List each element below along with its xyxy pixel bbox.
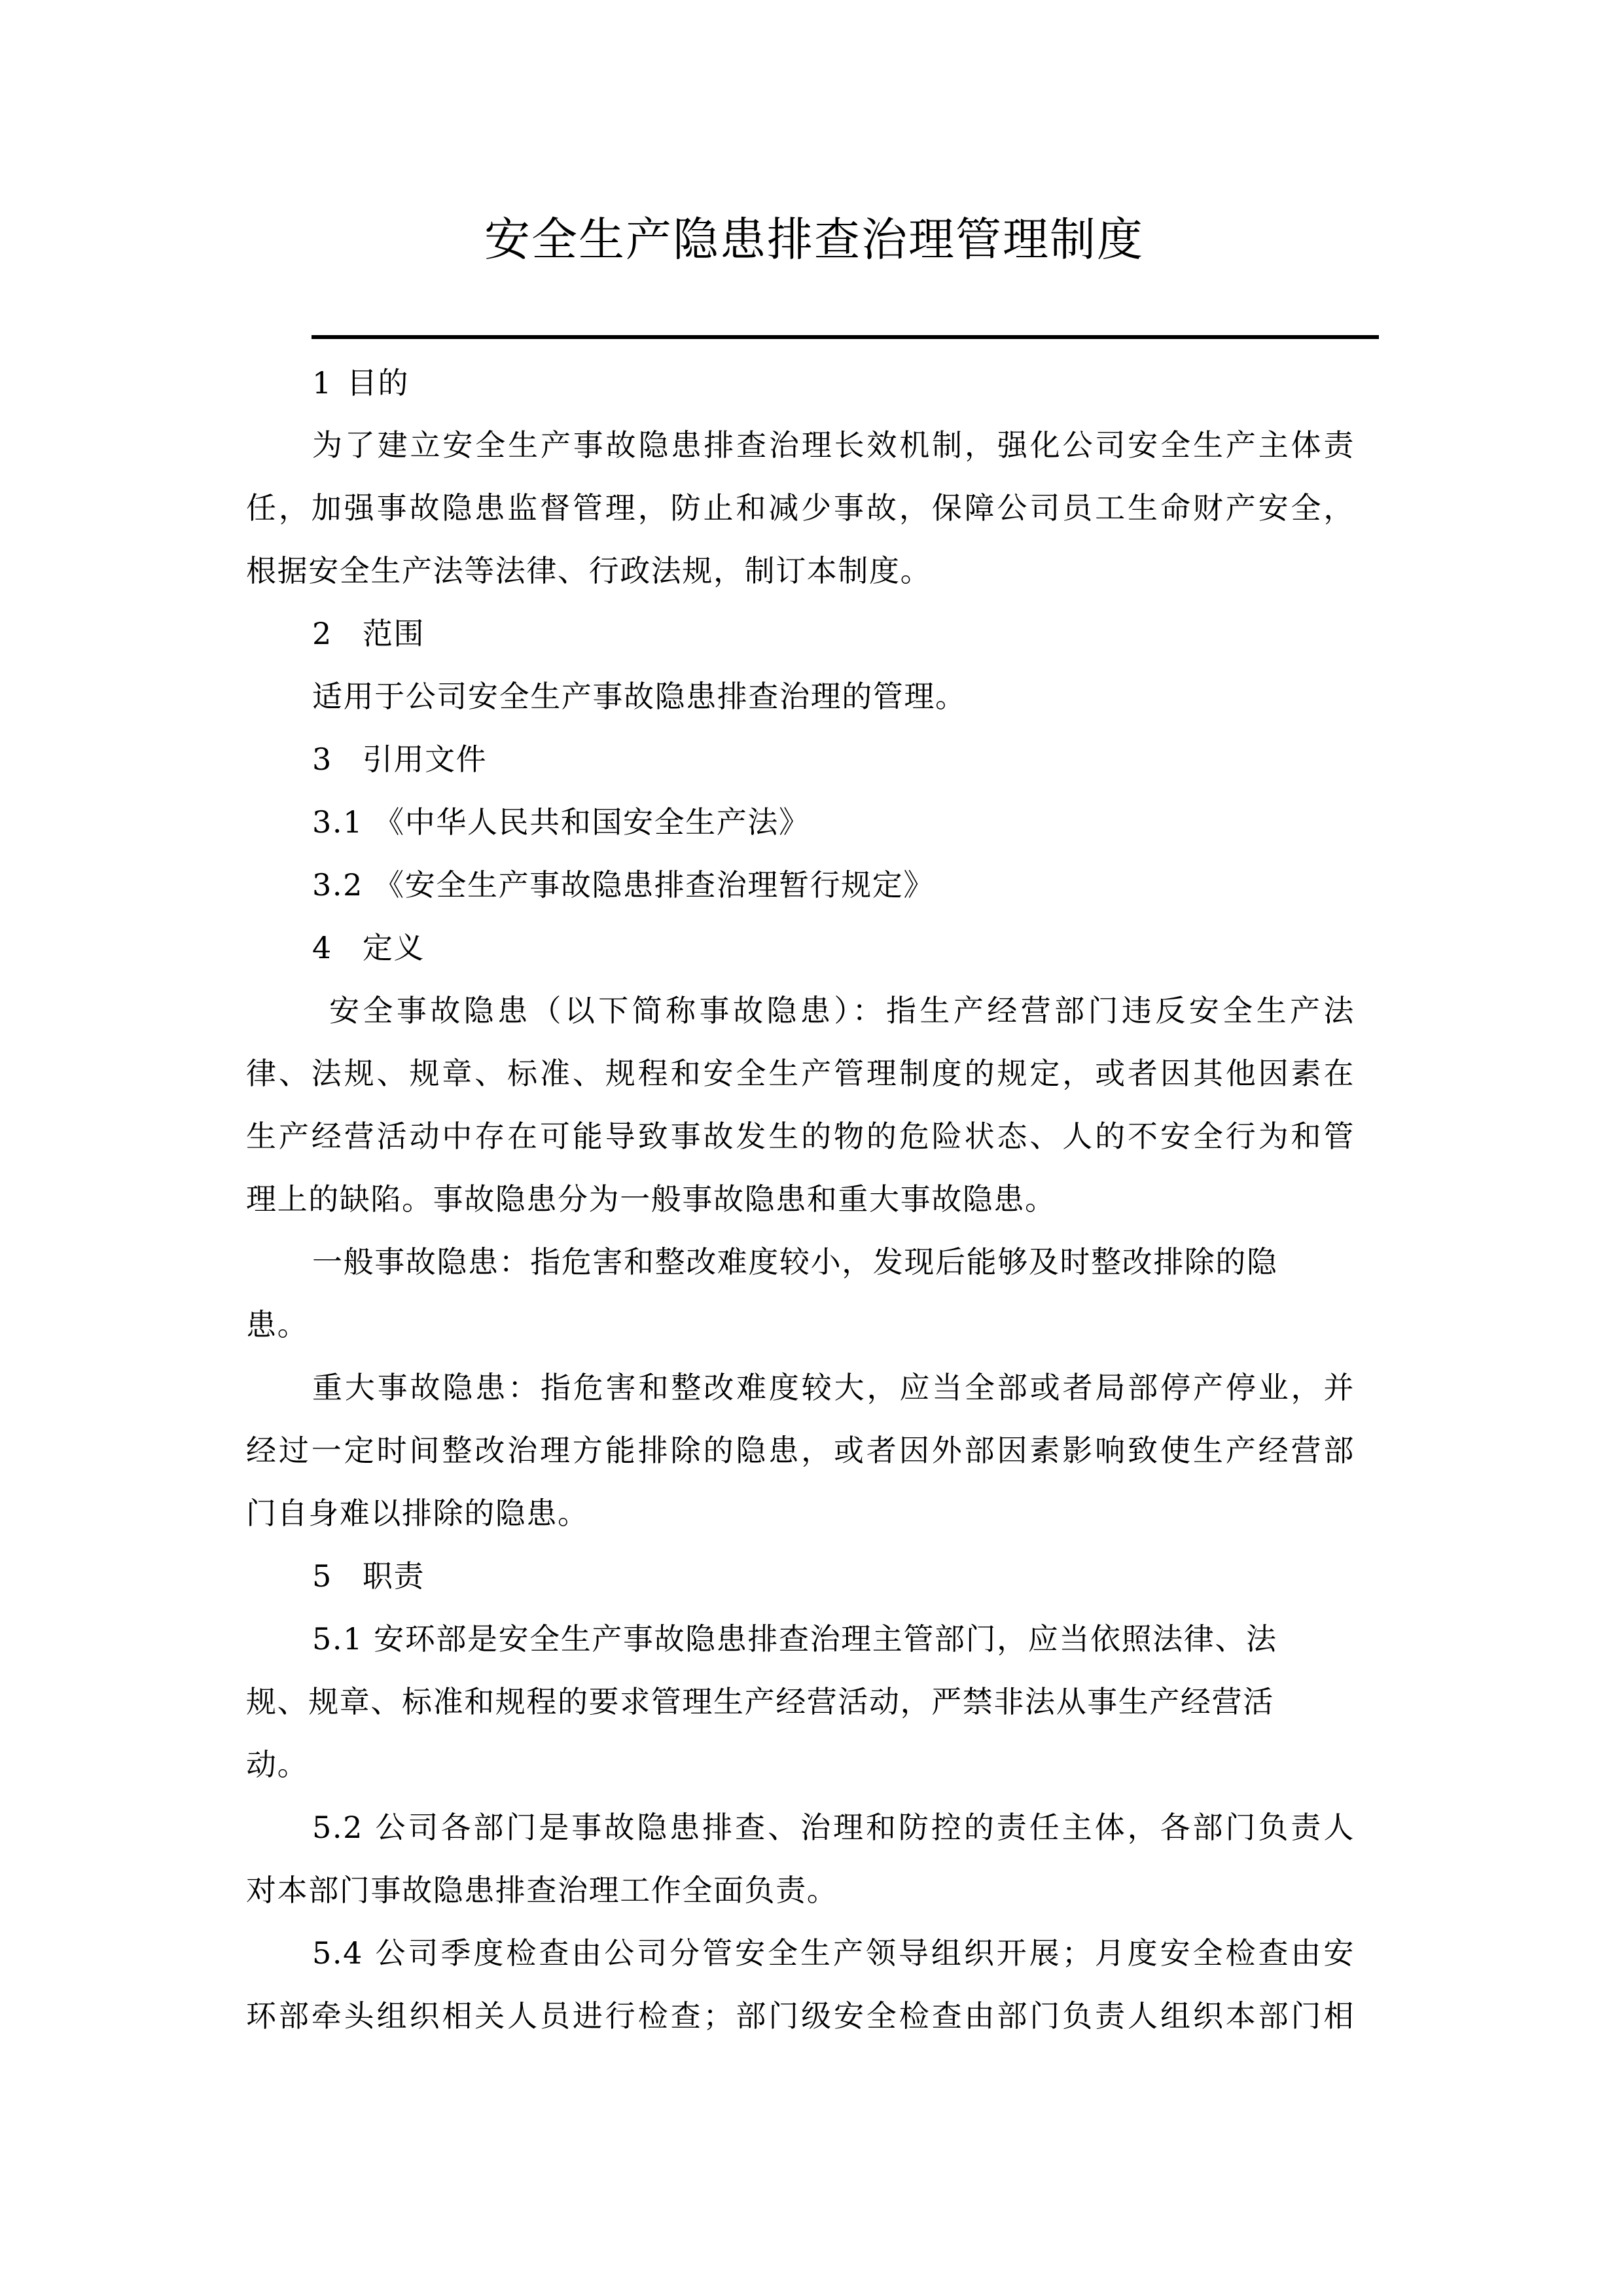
document-title: 安全生产隐患排查治理管理制度 <box>3 208 1623 271</box>
section-number: 3 <box>312 728 332 791</box>
paragraph-line: 理上的缺陷。事故隐患分为一般事故隐患和重大事故隐患。 <box>246 1168 1056 1230</box>
section-title: 范围 <box>363 616 425 651</box>
section-title: 目的 <box>347 365 409 401</box>
paragraph-line: 根据安全生产法等法律、行政法规，制订本制度。 <box>246 539 931 602</box>
section-number: 1 <box>312 351 332 414</box>
paragraph-line: 适用于公司安全生产事故隐患排查治理的管理。 <box>312 665 967 728</box>
paragraph-line: 任，加强事故隐患监督管理，防止和减少事故，保障公司员工生命财产安全， <box>246 476 1355 539</box>
paragraph-line: 动。 <box>246 1733 308 1796</box>
section-heading-1: 1目的 <box>312 351 409 414</box>
section-heading-4: 4定义 <box>312 916 425 979</box>
section-title: 引用文件 <box>363 742 487 777</box>
paragraph-line: 对本部门事故隐患排查治理工作全面负责。 <box>246 1859 838 1922</box>
paragraph-line: 一般事故隐患：指危害和整改难度较小，发现后能够及时整改排除的隐 <box>312 1230 1278 1293</box>
paragraph-line: 律、法规、规章、标准、规程和安全生产管理制度的规定，或者因其他因素在 <box>246 1042 1355 1105</box>
section-heading-3: 3引用文件 <box>312 728 487 791</box>
section-heading-2: 2范围 <box>312 602 425 665</box>
paragraph-line: 安全事故隐患（以下简称事故隐患）：指生产经营部门违反安全生产法 <box>329 979 1355 1042</box>
document-page: 安全生产隐患排查治理管理制度 1目的 为了建立安全生产事故隐患排查治理长效机制，… <box>0 0 1623 2296</box>
paragraph-line: 5.4 公司季度检查由公司分管安全生产领导组织开展；月度安全检查由安 <box>312 1922 1355 1984</box>
paragraph-line: 经过一定时间整改治理方能排除的隐患，或者因外部因素影响致使生产经营部 <box>246 1419 1355 1482</box>
paragraph-line: 患。 <box>246 1293 308 1356</box>
paragraph-line: 生产经营活动中存在可能导致事故发生的物的危险状态、人的不安全行为和管 <box>246 1105 1355 1168</box>
paragraph-line: 重大事故隐患：指危害和整改难度较大，应当全部或者局部停产停业，并 <box>312 1356 1355 1419</box>
reference-item: 3.2 《安全生产事故隐患排查治理暂行规定》 <box>312 853 935 916</box>
section-title: 职责 <box>363 1558 425 1594</box>
reference-item: 3.1 《中华人民共和国安全生产法》 <box>312 791 810 853</box>
section-heading-5: 5职责 <box>312 1545 425 1607</box>
paragraph-line: 环部牵头组织相关人员进行检查；部门级安全检查由部门负责人组织本部门相 <box>246 1984 1355 2047</box>
paragraph-line: 5.1 安环部是安全生产事故隐患排查治理主管部门，应当依照法律、法 <box>312 1607 1277 1670</box>
title-divider <box>312 335 1379 339</box>
section-number: 5 <box>312 1545 332 1607</box>
paragraph-line: 门自身难以排除的隐患。 <box>246 1482 589 1545</box>
section-number: 4 <box>312 916 332 979</box>
section-title: 定义 <box>363 930 425 965</box>
paragraph-line: 为了建立安全生产事故隐患排查治理长效机制，强化公司安全生产主体责 <box>312 414 1355 476</box>
paragraph-line: 5.2 公司各部门是事故隐患排查、治理和防控的责任主体，各部门负责人 <box>312 1796 1355 1859</box>
paragraph-line: 规、规章、标准和规程的要求管理生产经营活动，严禁非法从事生产经营活 <box>246 1670 1274 1733</box>
section-number: 2 <box>312 602 332 665</box>
